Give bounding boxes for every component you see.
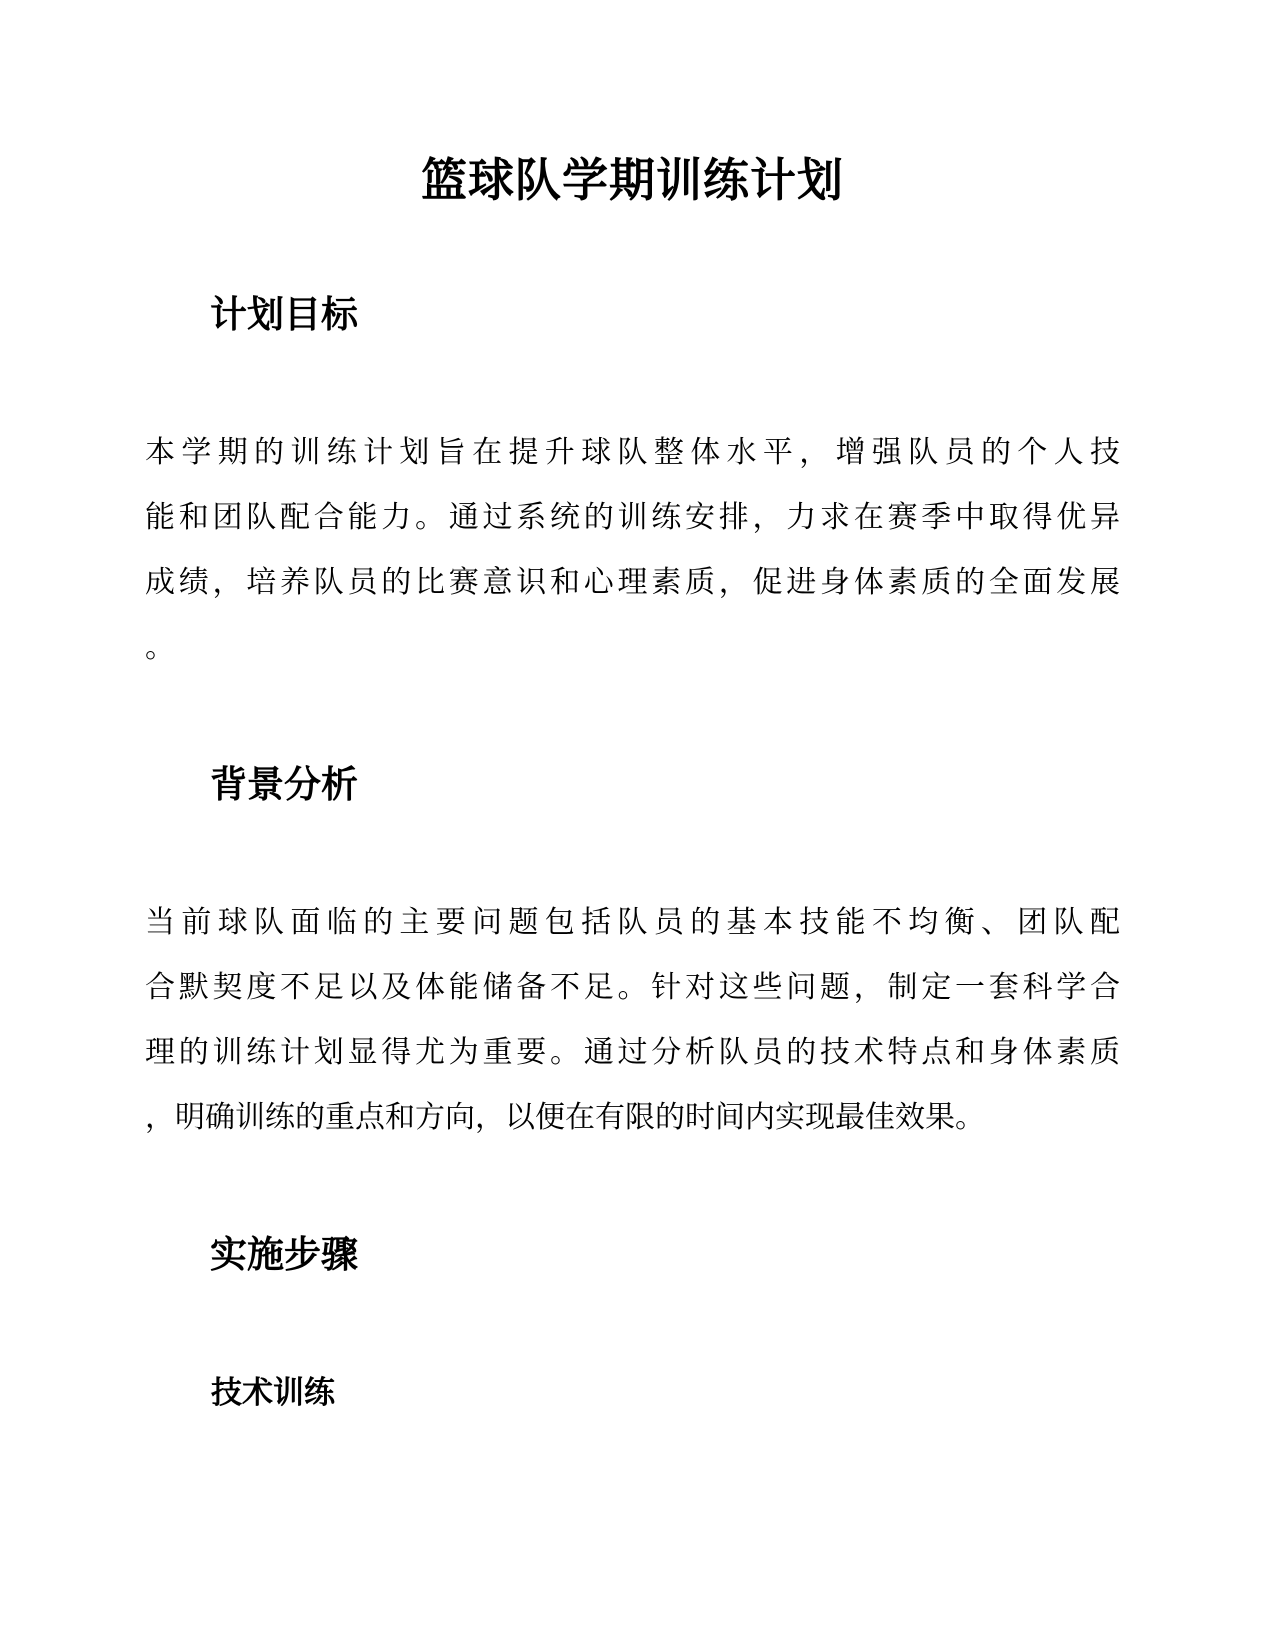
text-line: 合默契度不足以及体能储备不足。针对这些问题，制定一套科学合 (145, 955, 1120, 1020)
text-line: 当前球队面临的主要问题包括队员的基本技能不均衡、团队配 (145, 890, 1120, 955)
text-line: 理的训练计划显得尤为重要。通过分析队员的技术特点和身体素质 (145, 1020, 1120, 1085)
text-line: 成绩，培养队员的比赛意识和心理素质，促进身体素质的全面发展 (145, 550, 1120, 615)
text-line: 本学期的训练计划旨在提升球队整体水平，增强队员的个人技 (145, 420, 1120, 485)
paragraph-plan-goals: 本学期的训练计划旨在提升球队整体水平，增强队员的个人技 能和团队配合能力。通过系… (145, 420, 1120, 680)
section-heading-plan-goals: 计划目标 (145, 290, 1120, 340)
text-line: ，明确训练的重点和方向，以便在有限的时间内实现最佳效果。 (145, 1085, 1120, 1150)
section-heading-implementation-steps: 实施步骤 (145, 1230, 1120, 1280)
text-line: 能和团队配合能力。通过系统的训练安排，力求在赛季中取得优异 (145, 485, 1120, 550)
document-page: 篮球队学期训练计划 计划目标 本学期的训练计划旨在提升球队整体水平，增强队员的个… (0, 0, 1275, 1650)
paragraph-background-analysis: 当前球队面临的主要问题包括队员的基本技能不均衡、团队配 合默契度不足以及体能储备… (145, 890, 1120, 1150)
document-title: 篮球队学期训练计划 (145, 150, 1120, 210)
sub-heading-technical-training: 技术训练 (145, 1372, 1120, 1414)
text-line: 。 (145, 615, 1120, 680)
section-heading-background-analysis: 背景分析 (145, 760, 1120, 810)
